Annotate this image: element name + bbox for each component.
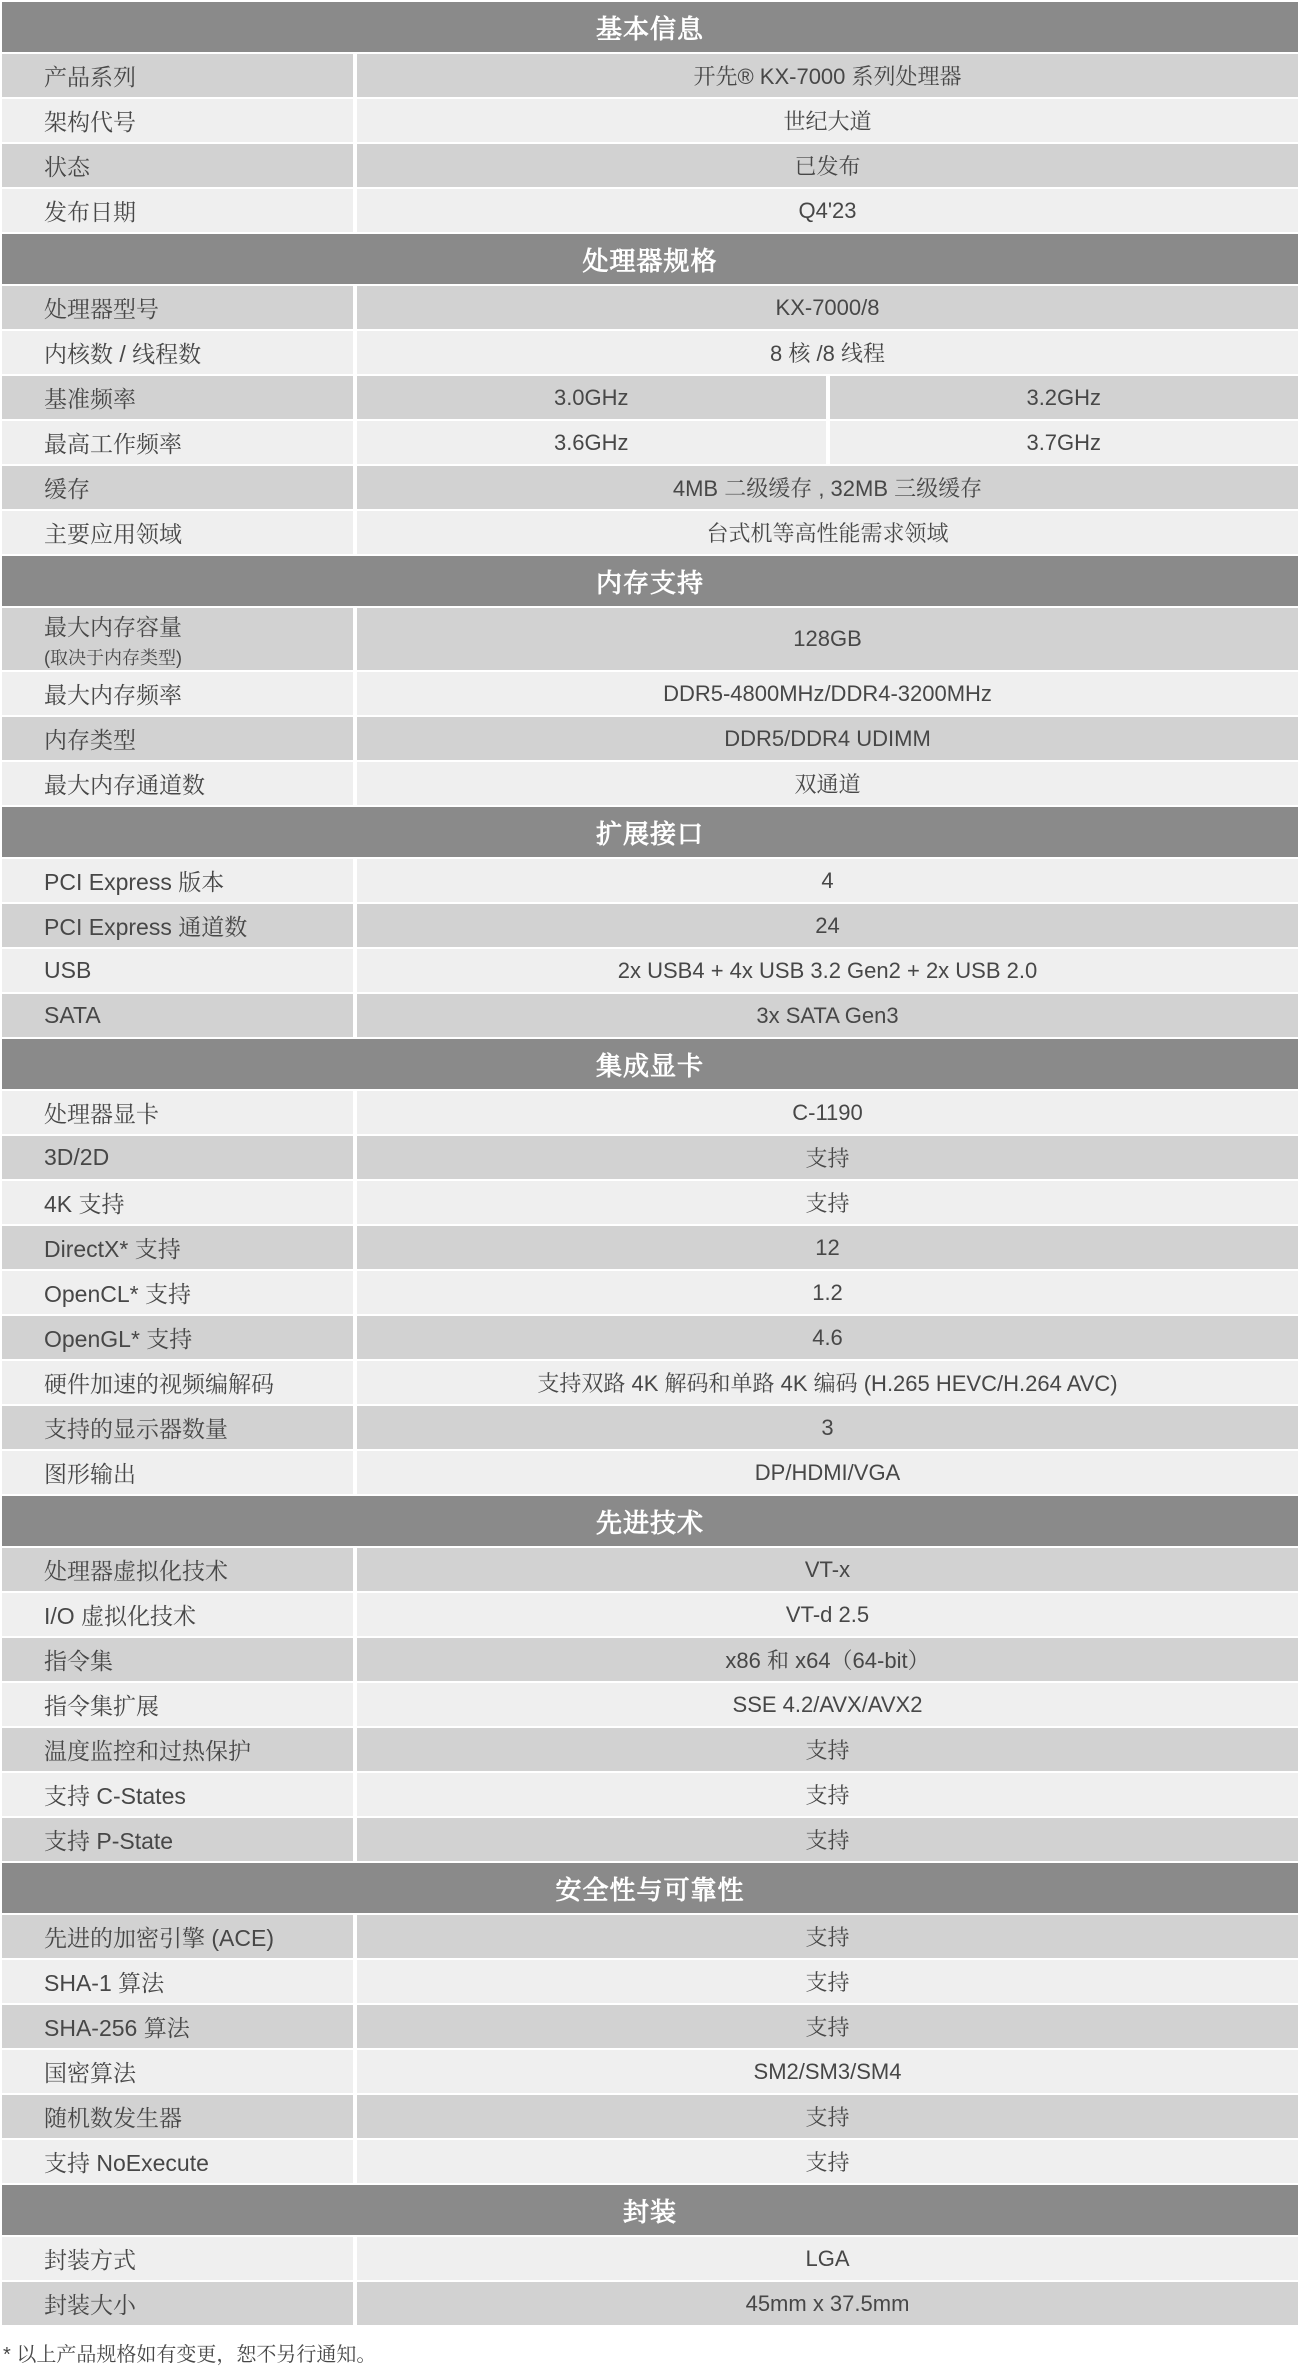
spec-label-text: 指令集 [44, 1643, 113, 1676]
spec-label: 温度监控和过热保护 [2, 1728, 353, 1771]
spec-row: 4K 支持支持 [2, 1181, 1298, 1224]
spec-row: 指令集x86 和 x64（64-bit） [2, 1638, 1298, 1681]
spec-row: SHA-256 算法支持 [2, 2005, 1298, 2048]
spec-value: 台式机等高性能需求领域 [357, 511, 1298, 554]
spec-label-text: PCI Express 通道数 [44, 909, 247, 942]
spec-value: 3.2GHz [830, 376, 1299, 419]
spec-label: 支持的显示器数量 [2, 1406, 353, 1449]
spec-row: DirectX* 支持12 [2, 1226, 1298, 1269]
spec-value: 2x USB4 + 4x USB 3.2 Gen2 + 2x USB 2.0 [357, 949, 1298, 992]
spec-label: 状态 [2, 144, 353, 187]
section-header-5: 先进技术 [2, 1496, 1298, 1546]
spec-value: 8 核 /8 线程 [357, 331, 1298, 374]
spec-label-text: USB [44, 957, 91, 984]
spec-value: C-1190 [357, 1091, 1298, 1134]
spec-row: OpenCL* 支持1.2 [2, 1271, 1298, 1314]
spec-row: 支持 NoExecute支持 [2, 2140, 1298, 2183]
spec-label: SHA-256 算法 [2, 2005, 353, 2048]
spec-label: I/O 虚拟化技术 [2, 1593, 353, 1636]
spec-label: 支持 C-States [2, 1773, 353, 1816]
spec-label-text: SHA-1 算法 [44, 1965, 164, 1998]
spec-row: 处理器虚拟化技术VT-x [2, 1548, 1298, 1591]
spec-row: PCI Express 通道数24 [2, 904, 1298, 947]
spec-value: Q4'23 [357, 189, 1298, 232]
spec-label-text: 随机数发生器 [44, 2100, 182, 2133]
spec-label-text: I/O 虚拟化技术 [44, 1598, 196, 1631]
spec-value: 双通道 [357, 762, 1298, 805]
spec-label-text: 处理器型号 [44, 291, 159, 324]
spec-row: 状态已发布 [2, 144, 1298, 187]
section-title: 安全性与可靠性 [555, 1870, 744, 1907]
spec-label-text: 内存类型 [44, 722, 136, 755]
spec-value: 24 [357, 904, 1298, 947]
spec-label: 内核数 / 线程数 [2, 331, 353, 374]
section-header-6: 安全性与可靠性 [2, 1863, 1298, 1913]
section-title: 集成显卡 [596, 1046, 704, 1083]
spec-row: 处理器型号KX-7000/8 [2, 286, 1298, 329]
spec-value: 支持 [357, 1818, 1298, 1861]
spec-label: 先进的加密引擎 (ACE) [2, 1915, 353, 1958]
spec-label: 指令集 [2, 1638, 353, 1681]
spec-value: 已发布 [357, 144, 1298, 187]
spec-label-text: 主要应用领域 [44, 516, 182, 549]
spec-row: 基准频率3.0GHz3.2GHz [2, 376, 1298, 419]
spec-table: 基本信息产品系列开先® KX-7000 系列处理器架构代号世纪大道状态已发布发布… [2, 2, 1298, 2325]
spec-value: 支持 [357, 1915, 1298, 1958]
section-title: 处理器规格 [582, 241, 717, 278]
spec-label: 主要应用领域 [2, 511, 353, 554]
section-title: 先进技术 [596, 1503, 704, 1540]
spec-value: 3.7GHz [830, 421, 1299, 464]
spec-row: 缓存4MB 二级缓存 , 32MB 三级缓存 [2, 466, 1298, 509]
spec-row: SHA-1 算法支持 [2, 1960, 1298, 2003]
spec-label: 基准频率 [2, 376, 353, 419]
spec-value: x86 和 x64（64-bit） [357, 1638, 1298, 1681]
spec-label: 发布日期 [2, 189, 353, 232]
spec-label: 支持 P-State [2, 1818, 353, 1861]
spec-label: SATA [2, 994, 353, 1037]
spec-label-text: 架构代号 [44, 104, 136, 137]
spec-value: 支持 [357, 1773, 1298, 1816]
spec-label-text: 状态 [44, 149, 90, 182]
section-header-1: 处理器规格 [2, 234, 1298, 284]
spec-row: 图形输出DP/HDMI/VGA [2, 1451, 1298, 1494]
spec-label: 最大内存频率 [2, 672, 353, 715]
spec-value: KX-7000/8 [357, 286, 1298, 329]
spec-value: DP/HDMI/VGA [357, 1451, 1298, 1494]
spec-label: 处理器显卡 [2, 1091, 353, 1134]
spec-value: VT-x [357, 1548, 1298, 1591]
spec-value: LGA [357, 2237, 1298, 2280]
spec-row: USB2x USB4 + 4x USB 3.2 Gen2 + 2x USB 2.… [2, 949, 1298, 992]
spec-row: 指令集扩展SSE 4.2/AVX/AVX2 [2, 1683, 1298, 1726]
spec-value: 1.2 [357, 1271, 1298, 1314]
spec-value: 4 [357, 859, 1298, 902]
spec-value: 128GB [357, 608, 1298, 670]
spec-label-subtext: (取决于内存类型) [44, 644, 182, 670]
section-header-0: 基本信息 [2, 2, 1298, 52]
section-title: 内存支持 [596, 563, 704, 600]
section-title: 基本信息 [596, 9, 704, 46]
spec-label: 封装大小 [2, 2282, 353, 2325]
spec-row: 3D/2D支持 [2, 1136, 1298, 1179]
spec-label-text: SHA-256 算法 [44, 2010, 190, 2043]
spec-label: 架构代号 [2, 99, 353, 142]
spec-label: 最高工作频率 [2, 421, 353, 464]
spec-label: 产品系列 [2, 54, 353, 97]
spec-row: 发布日期Q4'23 [2, 189, 1298, 232]
spec-row: 处理器显卡C-1190 [2, 1091, 1298, 1134]
spec-label: 硬件加速的视频编解码 [2, 1361, 353, 1404]
spec-label-text: 支持 NoExecute [44, 2145, 209, 2178]
spec-label-text: 缓存 [44, 471, 90, 504]
spec-value: SSE 4.2/AVX/AVX2 [357, 1683, 1298, 1726]
spec-value: 支持 [357, 1960, 1298, 2003]
spec-row: 支持 P-State支持 [2, 1818, 1298, 1861]
spec-row: 主要应用领域台式机等高性能需求领域 [2, 511, 1298, 554]
spec-label-text: 图形输出 [44, 1456, 136, 1489]
spec-value: 支持 [357, 2095, 1298, 2138]
section-header-3: 扩展接口 [2, 807, 1298, 857]
spec-label-text: 4K 支持 [44, 1186, 125, 1219]
spec-row: PCI Express 版本4 [2, 859, 1298, 902]
spec-label-text: 温度监控和过热保护 [44, 1733, 251, 1766]
spec-label-text: 内核数 / 线程数 [44, 336, 201, 369]
spec-row: I/O 虚拟化技术VT-d 2.5 [2, 1593, 1298, 1636]
spec-label-text: 先进的加密引擎 (ACE) [44, 1920, 274, 1953]
spec-value: 3x SATA Gen3 [357, 994, 1298, 1037]
spec-label: OpenGL* 支持 [2, 1316, 353, 1359]
spec-value: 开先® KX-7000 系列处理器 [357, 54, 1298, 97]
spec-row: 最大内存通道数双通道 [2, 762, 1298, 805]
spec-label: USB [2, 949, 353, 992]
spec-label: 内存类型 [2, 717, 353, 760]
spec-label-text: OpenGL* 支持 [44, 1321, 192, 1354]
spec-value: DDR5-4800MHz/DDR4-3200MHz [357, 672, 1298, 715]
spec-value: 4.6 [357, 1316, 1298, 1359]
spec-label-text: 支持 C-States [44, 1778, 186, 1811]
spec-label: 缓存 [2, 466, 353, 509]
spec-row: 国密算法SM2/SM3/SM4 [2, 2050, 1298, 2093]
spec-label-text: 国密算法 [44, 2055, 136, 2088]
spec-label-text: 硬件加速的视频编解码 [44, 1366, 274, 1399]
spec-row: 随机数发生器支持 [2, 2095, 1298, 2138]
spec-value: 3.6GHz [357, 421, 826, 464]
spec-row: 支持的显示器数量3 [2, 1406, 1298, 1449]
section-title: 封装 [623, 2192, 677, 2229]
section-header-4: 集成显卡 [2, 1039, 1298, 1089]
spec-label: 最大内存容量(取决于内存类型) [2, 608, 353, 670]
spec-label-text: 封装方式 [44, 2242, 136, 2275]
spec-row: 封装方式LGA [2, 2237, 1298, 2280]
spec-label-text: 3D/2D [44, 1144, 109, 1171]
spec-label: 封装方式 [2, 2237, 353, 2280]
spec-value: 支持双路 4K 解码和单路 4K 编码 (H.265 HEVC/H.264 AV… [357, 1361, 1298, 1404]
spec-value: 世纪大道 [357, 99, 1298, 142]
spec-label-text: OpenCL* 支持 [44, 1276, 191, 1309]
spec-label-text: 产品系列 [44, 59, 136, 92]
spec-row: 内存类型DDR5/DDR4 UDIMM [2, 717, 1298, 760]
spec-value: 支持 [357, 1136, 1298, 1179]
spec-value: 支持 [357, 2005, 1298, 2048]
spec-value: DDR5/DDR4 UDIMM [357, 717, 1298, 760]
spec-label: OpenCL* 支持 [2, 1271, 353, 1314]
spec-label: 处理器虚拟化技术 [2, 1548, 353, 1591]
spec-label: SHA-1 算法 [2, 1960, 353, 2003]
spec-value: 支持 [357, 1728, 1298, 1771]
spec-row: OpenGL* 支持4.6 [2, 1316, 1298, 1359]
spec-label-text: DirectX* 支持 [44, 1231, 181, 1264]
spec-value: 3.0GHz [357, 376, 826, 419]
spec-row: 最大内存频率DDR5-4800MHz/DDR4-3200MHz [2, 672, 1298, 715]
spec-value: 支持 [357, 2140, 1298, 2183]
spec-label: PCI Express 通道数 [2, 904, 353, 947]
spec-row: 温度监控和过热保护支持 [2, 1728, 1298, 1771]
spec-label: 最大内存通道数 [2, 762, 353, 805]
spec-row: 内核数 / 线程数8 核 /8 线程 [2, 331, 1298, 374]
spec-value: SM2/SM3/SM4 [357, 2050, 1298, 2093]
spec-row: 最大内存容量(取决于内存类型)128GB [2, 608, 1298, 670]
spec-row: 产品系列开先® KX-7000 系列处理器 [2, 54, 1298, 97]
spec-label: PCI Express 版本 [2, 859, 353, 902]
spec-label: 支持 NoExecute [2, 2140, 353, 2183]
spec-label-text: 基准频率 [44, 381, 136, 414]
spec-label: 4K 支持 [2, 1181, 353, 1224]
spec-label: 国密算法 [2, 2050, 353, 2093]
spec-row: 先进的加密引擎 (ACE)支持 [2, 1915, 1298, 1958]
spec-row: 硬件加速的视频编解码支持双路 4K 解码和单路 4K 编码 (H.265 HEV… [2, 1361, 1298, 1404]
spec-label: 指令集扩展 [2, 1683, 353, 1726]
spec-label-text: 处理器显卡 [44, 1096, 159, 1129]
spec-value: 12 [357, 1226, 1298, 1269]
spec-label: 图形输出 [2, 1451, 353, 1494]
section-header-2: 内存支持 [2, 556, 1298, 606]
spec-label: DirectX* 支持 [2, 1226, 353, 1269]
page: 基本信息产品系列开先® KX-7000 系列处理器架构代号世纪大道状态已发布发布… [0, 0, 1300, 2380]
spec-label-text: SATA [44, 1002, 101, 1029]
footnote: * 以上产品规格如有变更，恕不另行通知。 [3, 2338, 376, 2367]
spec-label-text: 最大内存通道数 [44, 767, 205, 800]
spec-row: 最高工作频率3.6GHz3.7GHz [2, 421, 1298, 464]
spec-label: 处理器型号 [2, 286, 353, 329]
spec-row: 架构代号世纪大道 [2, 99, 1298, 142]
spec-row: 支持 C-States支持 [2, 1773, 1298, 1816]
spec-value: 3 [357, 1406, 1298, 1449]
section-header-7: 封装 [2, 2185, 1298, 2235]
spec-label: 3D/2D [2, 1136, 353, 1179]
spec-label-text: 最大内存频率 [44, 677, 182, 710]
spec-label-text: 支持 P-State [44, 1823, 173, 1856]
spec-label-text: 指令集扩展 [44, 1688, 159, 1721]
spec-value: 45mm x 37.5mm [357, 2282, 1298, 2325]
spec-row: 封装大小45mm x 37.5mm [2, 2282, 1298, 2325]
spec-label-text: 支持的显示器数量 [44, 1411, 228, 1444]
section-title: 扩展接口 [596, 814, 704, 851]
spec-label-text: 最高工作频率 [44, 426, 182, 459]
spec-label: 随机数发生器 [2, 2095, 353, 2138]
spec-row: SATA3x SATA Gen3 [2, 994, 1298, 1037]
spec-label-text: 处理器虚拟化技术 [44, 1553, 228, 1586]
spec-value: 4MB 二级缓存 , 32MB 三级缓存 [357, 466, 1298, 509]
spec-label-text: PCI Express 版本 [44, 864, 224, 897]
spec-value: VT-d 2.5 [357, 1593, 1298, 1636]
spec-label-text: 封装大小 [44, 2287, 136, 2320]
spec-label-text: 最大内存容量 [44, 609, 182, 642]
spec-value: 支持 [357, 1181, 1298, 1224]
spec-label-text: 发布日期 [44, 194, 136, 227]
